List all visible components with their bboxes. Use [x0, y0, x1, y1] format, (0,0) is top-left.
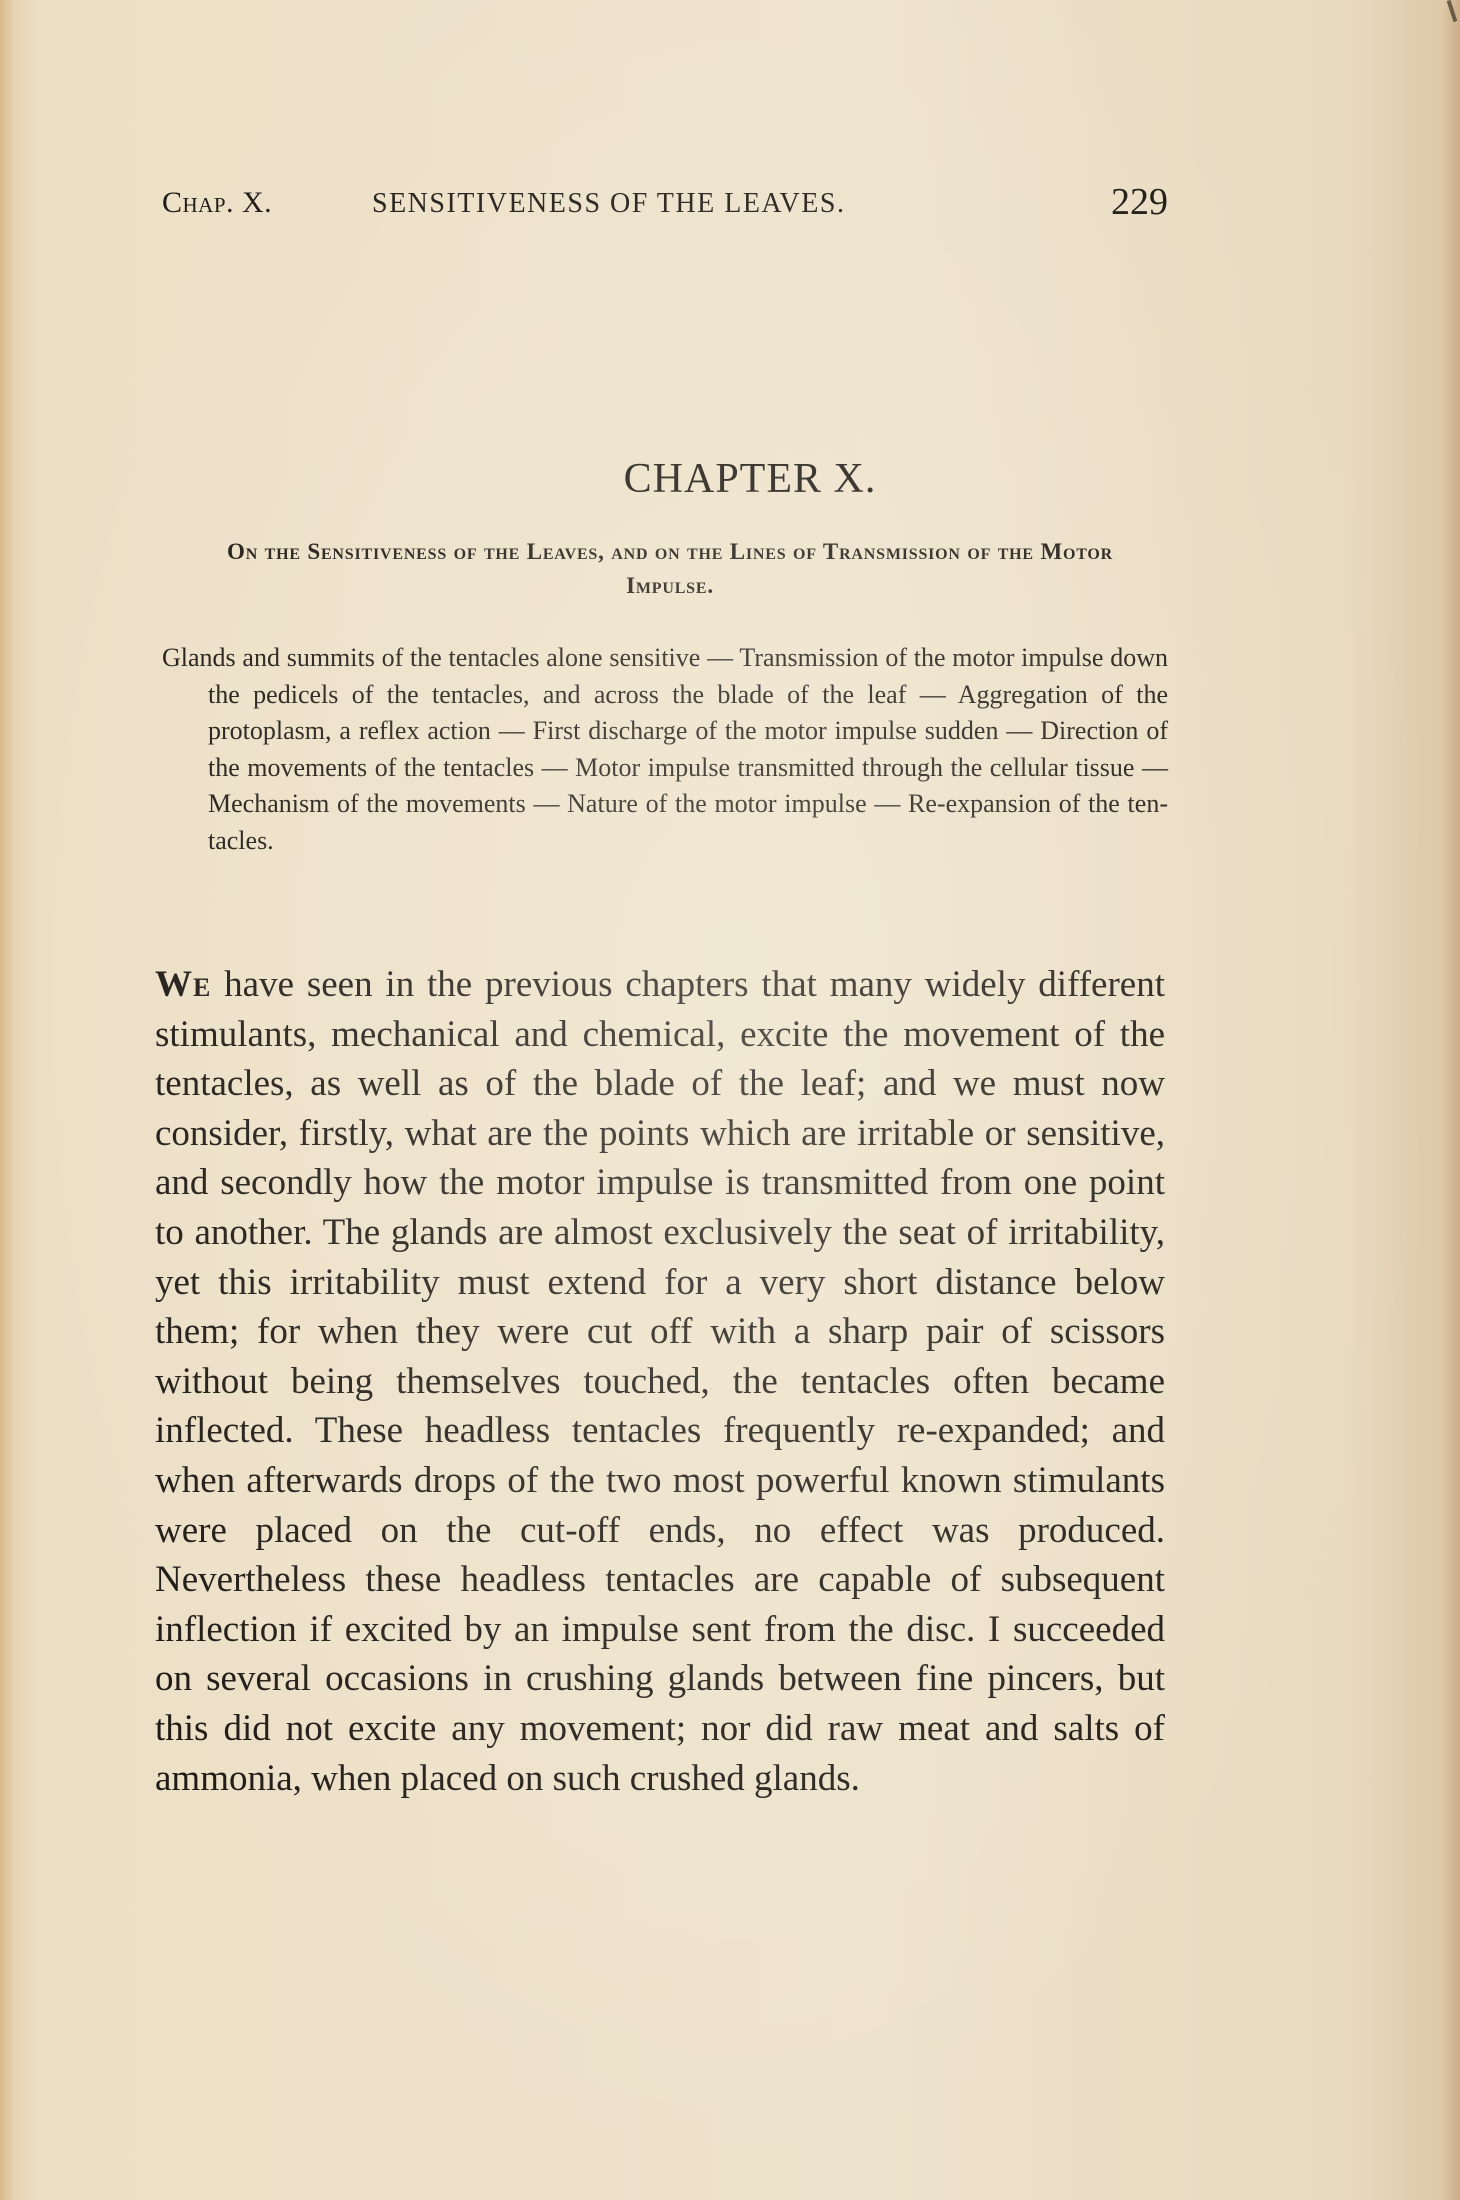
running-head-chapter: Chap. X. — [162, 186, 272, 220]
page-edge-shadow — [1442, 0, 1460, 2200]
body-paragraph: We have seen in the previous chapters th… — [155, 960, 1165, 1803]
opening-word: We — [155, 964, 211, 1005]
body-text: have seen in the previous chapters that … — [155, 964, 1165, 1799]
page-number: 229 — [1111, 180, 1168, 224]
chapter-title: CHAPTER X. — [0, 455, 1460, 503]
chapter-summary: Glands and summits of the tentacles alon… — [162, 640, 1168, 859]
running-head: Chap. X. SENSITIVENESS OF THE LEAVES. 22… — [162, 180, 1168, 230]
book-page: Chap. X. SENSITIVENESS OF THE LEAVES. 22… — [0, 0, 1460, 2200]
running-head-title: SENSITIVENESS OF THE LEAVES. — [372, 188, 845, 220]
chapter-subtitle: On the Sensitiveness of the Leaves, and … — [200, 535, 1140, 603]
